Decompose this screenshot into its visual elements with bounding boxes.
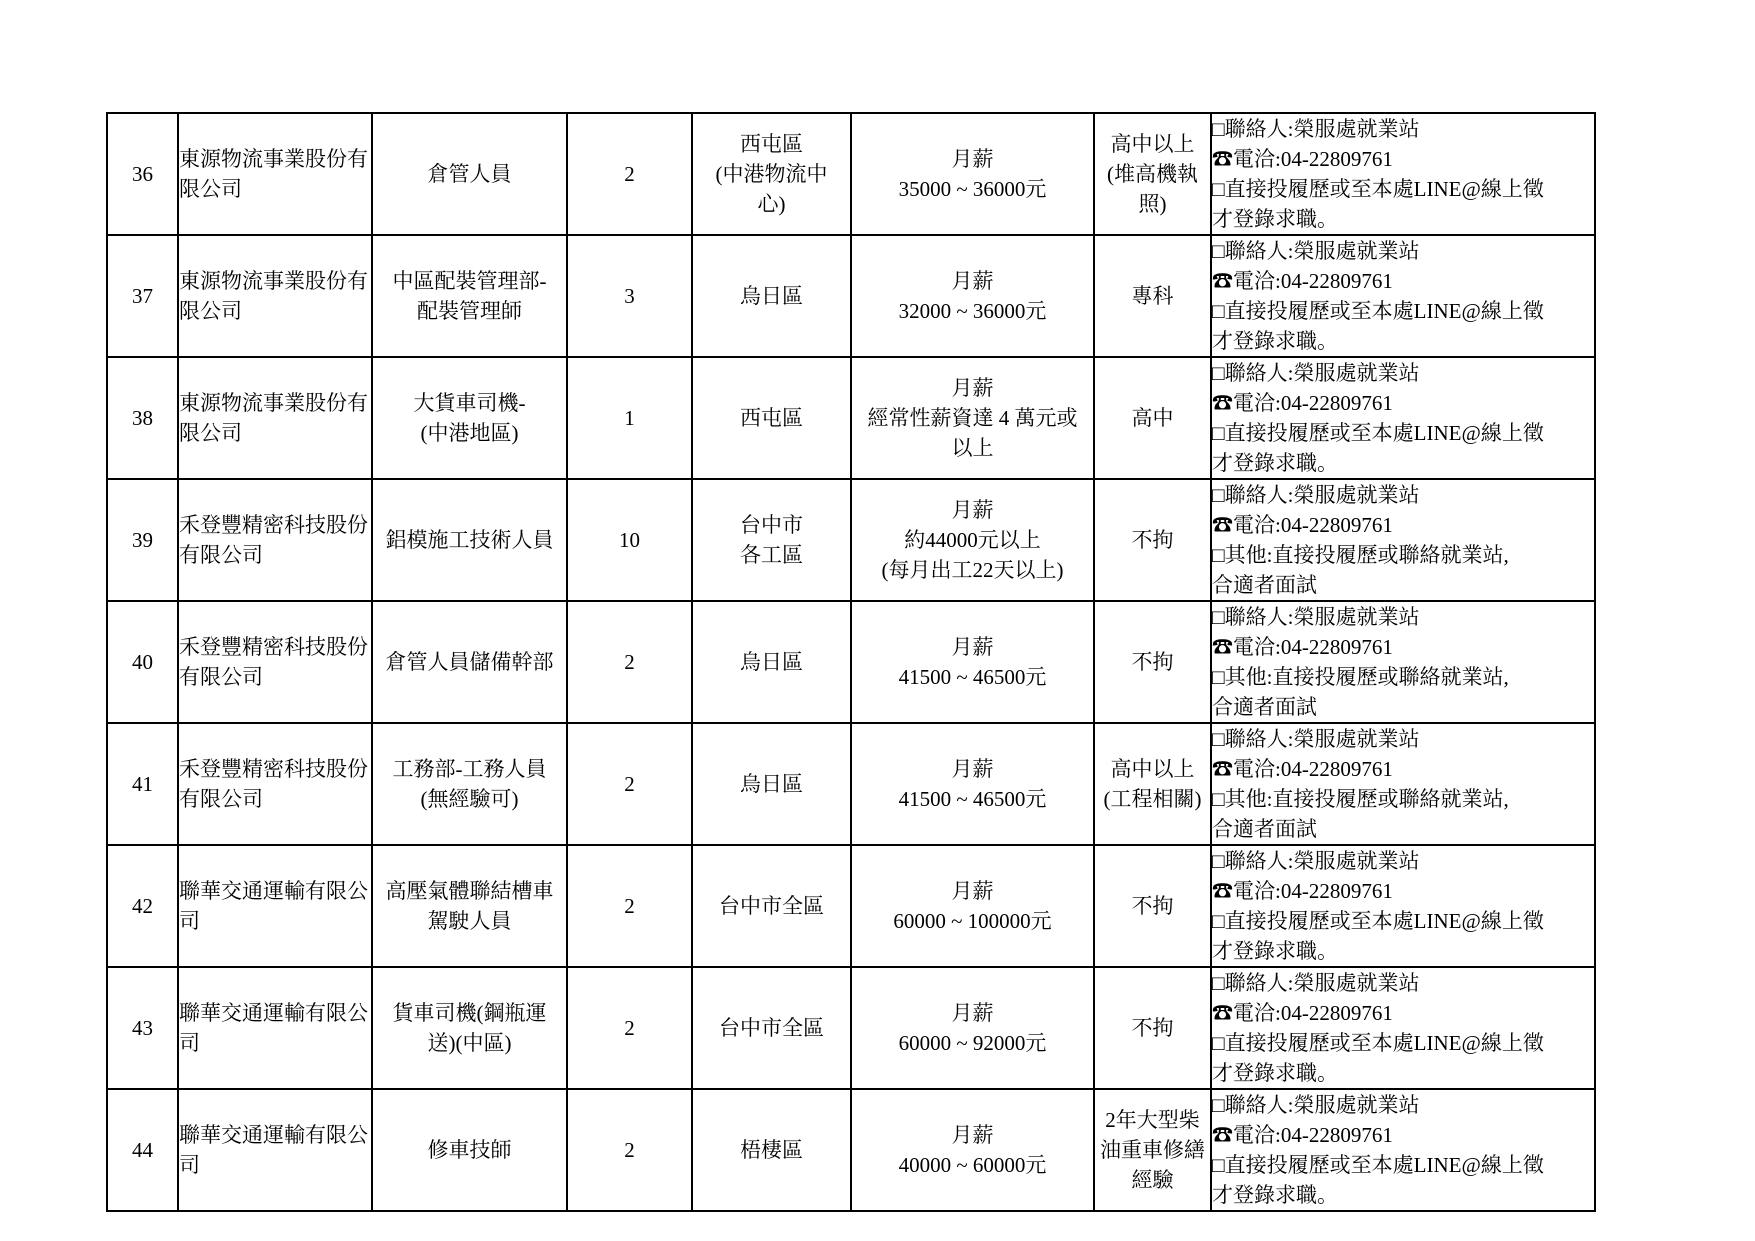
table-row: 41 禾登豐精密科技股份有限公司 工務部-工務人員 (無經驗可) 2 烏日區 月… (107, 723, 1595, 845)
contact-info: □聯絡人:榮服處就業站 ☎電洽:04-22809761 □直接投履歷或至本處LI… (1211, 113, 1595, 235)
salary-info: 月薪 60000 ~ 92000元 (851, 967, 1094, 1089)
requirement: 高中以上 (工程相關) (1094, 723, 1211, 845)
salary-info: 月薪 32000 ~ 36000元 (851, 235, 1094, 357)
requirement: 專科 (1094, 235, 1211, 357)
salary-info: 月薪 60000 ~ 100000元 (851, 845, 1094, 967)
openings-count: 2 (567, 845, 692, 967)
contact-info: □聯絡人:榮服處就業站 ☎電洽:04-22809761 □其他:直接投履歷或聯絡… (1211, 601, 1595, 723)
job-title: 鋁模施工技術人員 (372, 479, 567, 601)
job-title: 倉管人員儲備幹部 (372, 601, 567, 723)
contact-info: □聯絡人:榮服處就業站 ☎電洽:04-22809761 □直接投履歷或至本處LI… (1211, 1089, 1595, 1211)
job-listings-table: 36 東源物流事業股份有限公司 倉管人員 2 西屯區 (中港物流中 心) 月薪 … (106, 112, 1596, 1212)
openings-count: 2 (567, 601, 692, 723)
contact-info: □聯絡人:榮服處就業站 ☎電洽:04-22809761 □直接投履歷或至本處LI… (1211, 845, 1595, 967)
row-number: 36 (107, 113, 178, 235)
contact-info: □聯絡人:榮服處就業站 ☎電洽:04-22809761 □其他:直接投履歷或聯絡… (1211, 479, 1595, 601)
row-number: 38 (107, 357, 178, 479)
row-number: 39 (107, 479, 178, 601)
row-number: 44 (107, 1089, 178, 1211)
salary-info: 月薪 41500 ~ 46500元 (851, 601, 1094, 723)
work-location: 西屯區 (692, 357, 851, 479)
table-row: 36 東源物流事業股份有限公司 倉管人員 2 西屯區 (中港物流中 心) 月薪 … (107, 113, 1595, 235)
job-title: 大貨車司機- (中港地區) (372, 357, 567, 479)
company-name: 禾登豐精密科技股份有限公司 (178, 479, 372, 601)
openings-count: 1 (567, 357, 692, 479)
work-location: 烏日區 (692, 235, 851, 357)
row-number: 40 (107, 601, 178, 723)
company-name: 禾登豐精密科技股份有限公司 (178, 601, 372, 723)
requirement: 不拘 (1094, 479, 1211, 601)
row-number: 37 (107, 235, 178, 357)
work-location: 台中市全區 (692, 967, 851, 1089)
contact-info: □聯絡人:榮服處就業站 ☎電洽:04-22809761 □直接投履歷或至本處LI… (1211, 357, 1595, 479)
table-row: 42 聯華交通運輸有限公司 高壓氣體聯結槽車 駕駛人員 2 台中市全區 月薪 6… (107, 845, 1595, 967)
salary-info: 月薪 約44000元以上 (每月出工22天以上) (851, 479, 1094, 601)
company-name: 聯華交通運輸有限公司 (178, 1089, 372, 1211)
contact-info: □聯絡人:榮服處就業站 ☎電洽:04-22809761 □其他:直接投履歷或聯絡… (1211, 723, 1595, 845)
work-location: 台中市 各工區 (692, 479, 851, 601)
company-name: 東源物流事業股份有限公司 (178, 357, 372, 479)
job-title: 倉管人員 (372, 113, 567, 235)
salary-info: 月薪 35000 ~ 36000元 (851, 113, 1094, 235)
table-row: 38 東源物流事業股份有限公司 大貨車司機- (中港地區) 1 西屯區 月薪 經… (107, 357, 1595, 479)
requirement: 不拘 (1094, 601, 1211, 723)
row-number: 42 (107, 845, 178, 967)
work-location: 烏日區 (692, 723, 851, 845)
openings-count: 2 (567, 967, 692, 1089)
document-page: 36 東源物流事業股份有限公司 倉管人員 2 西屯區 (中港物流中 心) 月薪 … (0, 0, 1755, 1241)
table-row: 40 禾登豐精密科技股份有限公司 倉管人員儲備幹部 2 烏日區 月薪 41500… (107, 601, 1595, 723)
company-name: 禾登豐精密科技股份有限公司 (178, 723, 372, 845)
job-table-body: 36 東源物流事業股份有限公司 倉管人員 2 西屯區 (中港物流中 心) 月薪 … (107, 113, 1595, 1211)
requirement: 2年大型柴 油重車修繕 經驗 (1094, 1089, 1211, 1211)
company-name: 聯華交通運輸有限公司 (178, 845, 372, 967)
job-title: 中區配裝管理部- 配裝管理師 (372, 235, 567, 357)
table-row: 37 東源物流事業股份有限公司 中區配裝管理部- 配裝管理師 3 烏日區 月薪 … (107, 235, 1595, 357)
work-location: 梧棲區 (692, 1089, 851, 1211)
work-location: 烏日區 (692, 601, 851, 723)
contact-info: □聯絡人:榮服處就業站 ☎電洽:04-22809761 □直接投履歷或至本處LI… (1211, 967, 1595, 1089)
job-title: 貨車司機(鋼瓶運 送)(中區) (372, 967, 567, 1089)
company-name: 東源物流事業股份有限公司 (178, 113, 372, 235)
work-location: 台中市全區 (692, 845, 851, 967)
table-row: 44 聯華交通運輸有限公司 修車技師 2 梧棲區 月薪 40000 ~ 6000… (107, 1089, 1595, 1211)
contact-info: □聯絡人:榮服處就業站 ☎電洽:04-22809761 □直接投履歷或至本處LI… (1211, 235, 1595, 357)
table-row: 43 聯華交通運輸有限公司 貨車司機(鋼瓶運 送)(中區) 2 台中市全區 月薪… (107, 967, 1595, 1089)
openings-count: 2 (567, 723, 692, 845)
openings-count: 10 (567, 479, 692, 601)
work-location: 西屯區 (中港物流中 心) (692, 113, 851, 235)
salary-info: 月薪 40000 ~ 60000元 (851, 1089, 1094, 1211)
salary-info: 月薪 41500 ~ 46500元 (851, 723, 1094, 845)
job-title: 修車技師 (372, 1089, 567, 1211)
requirement: 高中以上 (堆高機執 照) (1094, 113, 1211, 235)
requirement: 不拘 (1094, 967, 1211, 1089)
row-number: 41 (107, 723, 178, 845)
openings-count: 2 (567, 113, 692, 235)
row-number: 43 (107, 967, 178, 1089)
job-title: 高壓氣體聯結槽車 駕駛人員 (372, 845, 567, 967)
openings-count: 2 (567, 1089, 692, 1211)
requirement: 高中 (1094, 357, 1211, 479)
salary-info: 月薪 經常性薪資達 4 萬元或 以上 (851, 357, 1094, 479)
openings-count: 3 (567, 235, 692, 357)
company-name: 聯華交通運輸有限公司 (178, 967, 372, 1089)
requirement: 不拘 (1094, 845, 1211, 967)
company-name: 東源物流事業股份有限公司 (178, 235, 372, 357)
job-title: 工務部-工務人員 (無經驗可) (372, 723, 567, 845)
table-row: 39 禾登豐精密科技股份有限公司 鋁模施工技術人員 10 台中市 各工區 月薪 … (107, 479, 1595, 601)
